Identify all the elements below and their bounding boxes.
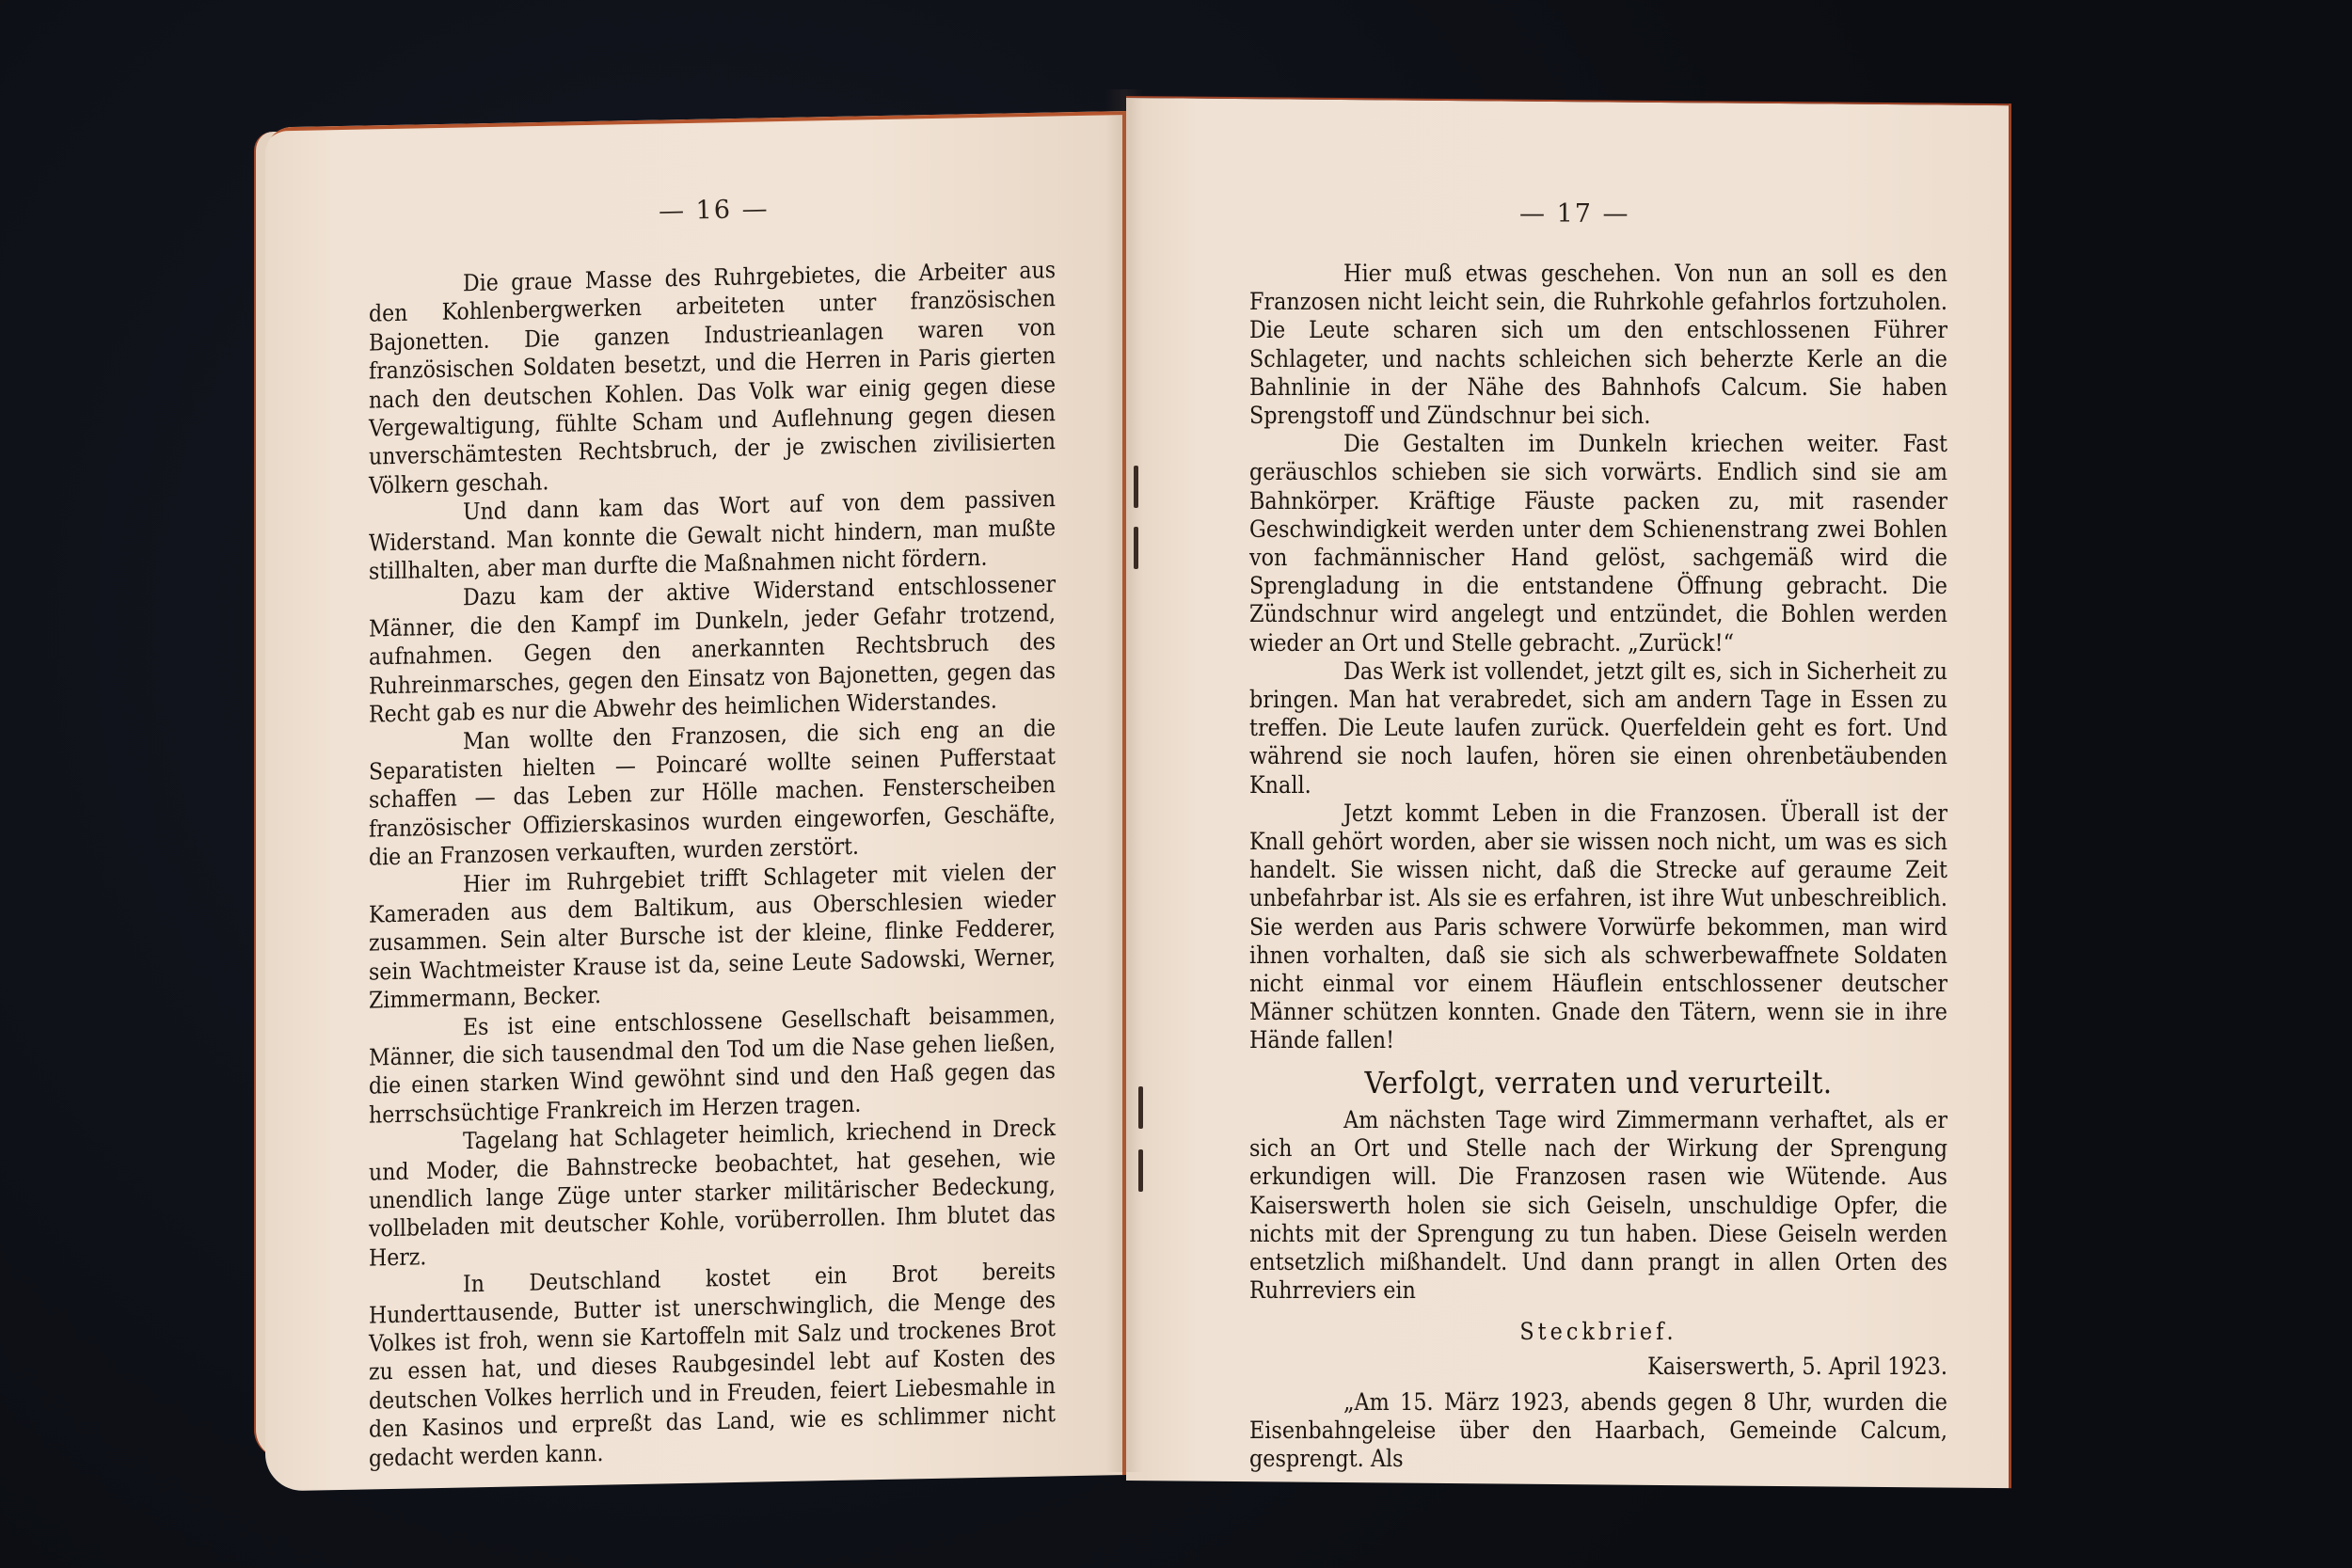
paragraph: Jetzt kommt Leben in die Franzosen. Über… <box>1249 800 1947 1055</box>
paragraph: Und dann kam das Wort auf von dem passiv… <box>369 484 1056 586</box>
paragraph: Am nächsten Tage wird Zimmermann verhaft… <box>1249 1106 1947 1305</box>
staple-stitch <box>1138 1086 1143 1129</box>
right-page-text: Hier muß etwas geschehen. Von nun an sol… <box>1249 260 1947 1473</box>
paragraph: Die Gestalten im Dunkeln kriechen weiter… <box>1249 430 1947 657</box>
dateline: Kaiserswerth, 5. April 1923. <box>1249 1353 1947 1381</box>
paragraph: Man wollte den Franzosen, die sich eng a… <box>369 714 1056 873</box>
page-number-right: — 17 — <box>1519 199 1630 229</box>
paragraph: Dazu kam der aktive Widerstand entschlos… <box>369 570 1056 729</box>
left-page-text: Die graue Masse des Ruhrgebietes, die Ar… <box>369 256 1056 1473</box>
page-number-left: — 16 — <box>659 195 770 226</box>
paragraph: Die graue Masse des Ruhrgebietes, die Ar… <box>369 256 1056 500</box>
paragraph: Hier muß etwas geschehen. Von nun an sol… <box>1249 260 1947 430</box>
open-booklet: — 16 — — 17 — Die graue Masse des Ruhrge… <box>0 0 2352 1568</box>
paragraph: Tagelang hat Schlageter heimlich, kriech… <box>369 1114 1056 1273</box>
paragraph: Das Werk ist vollendet, jetzt gilt es, s… <box>1249 657 1947 800</box>
staple-stitch <box>1138 1149 1143 1192</box>
staple-stitch <box>1134 527 1138 569</box>
paragraph: Hier im Ruhrgebiet trifft Schlageter mit… <box>369 857 1056 1016</box>
section-heading: Verfolgt, verraten und verurteilt. <box>1249 1069 1947 1097</box>
paragraph: In Deutschland kostet ein Brot bereits H… <box>369 1257 1056 1472</box>
spine-gutter <box>1105 89 1143 1472</box>
steckbrief-title: Steckbrief. <box>1249 1318 1947 1346</box>
paragraph: Es ist eine entschlossene Gesellschaft b… <box>369 1000 1056 1130</box>
staple-stitch <box>1134 466 1138 508</box>
quoted-notice: „Am 15. März 1923, abends gegen 8 Uhr, w… <box>1249 1388 1947 1474</box>
